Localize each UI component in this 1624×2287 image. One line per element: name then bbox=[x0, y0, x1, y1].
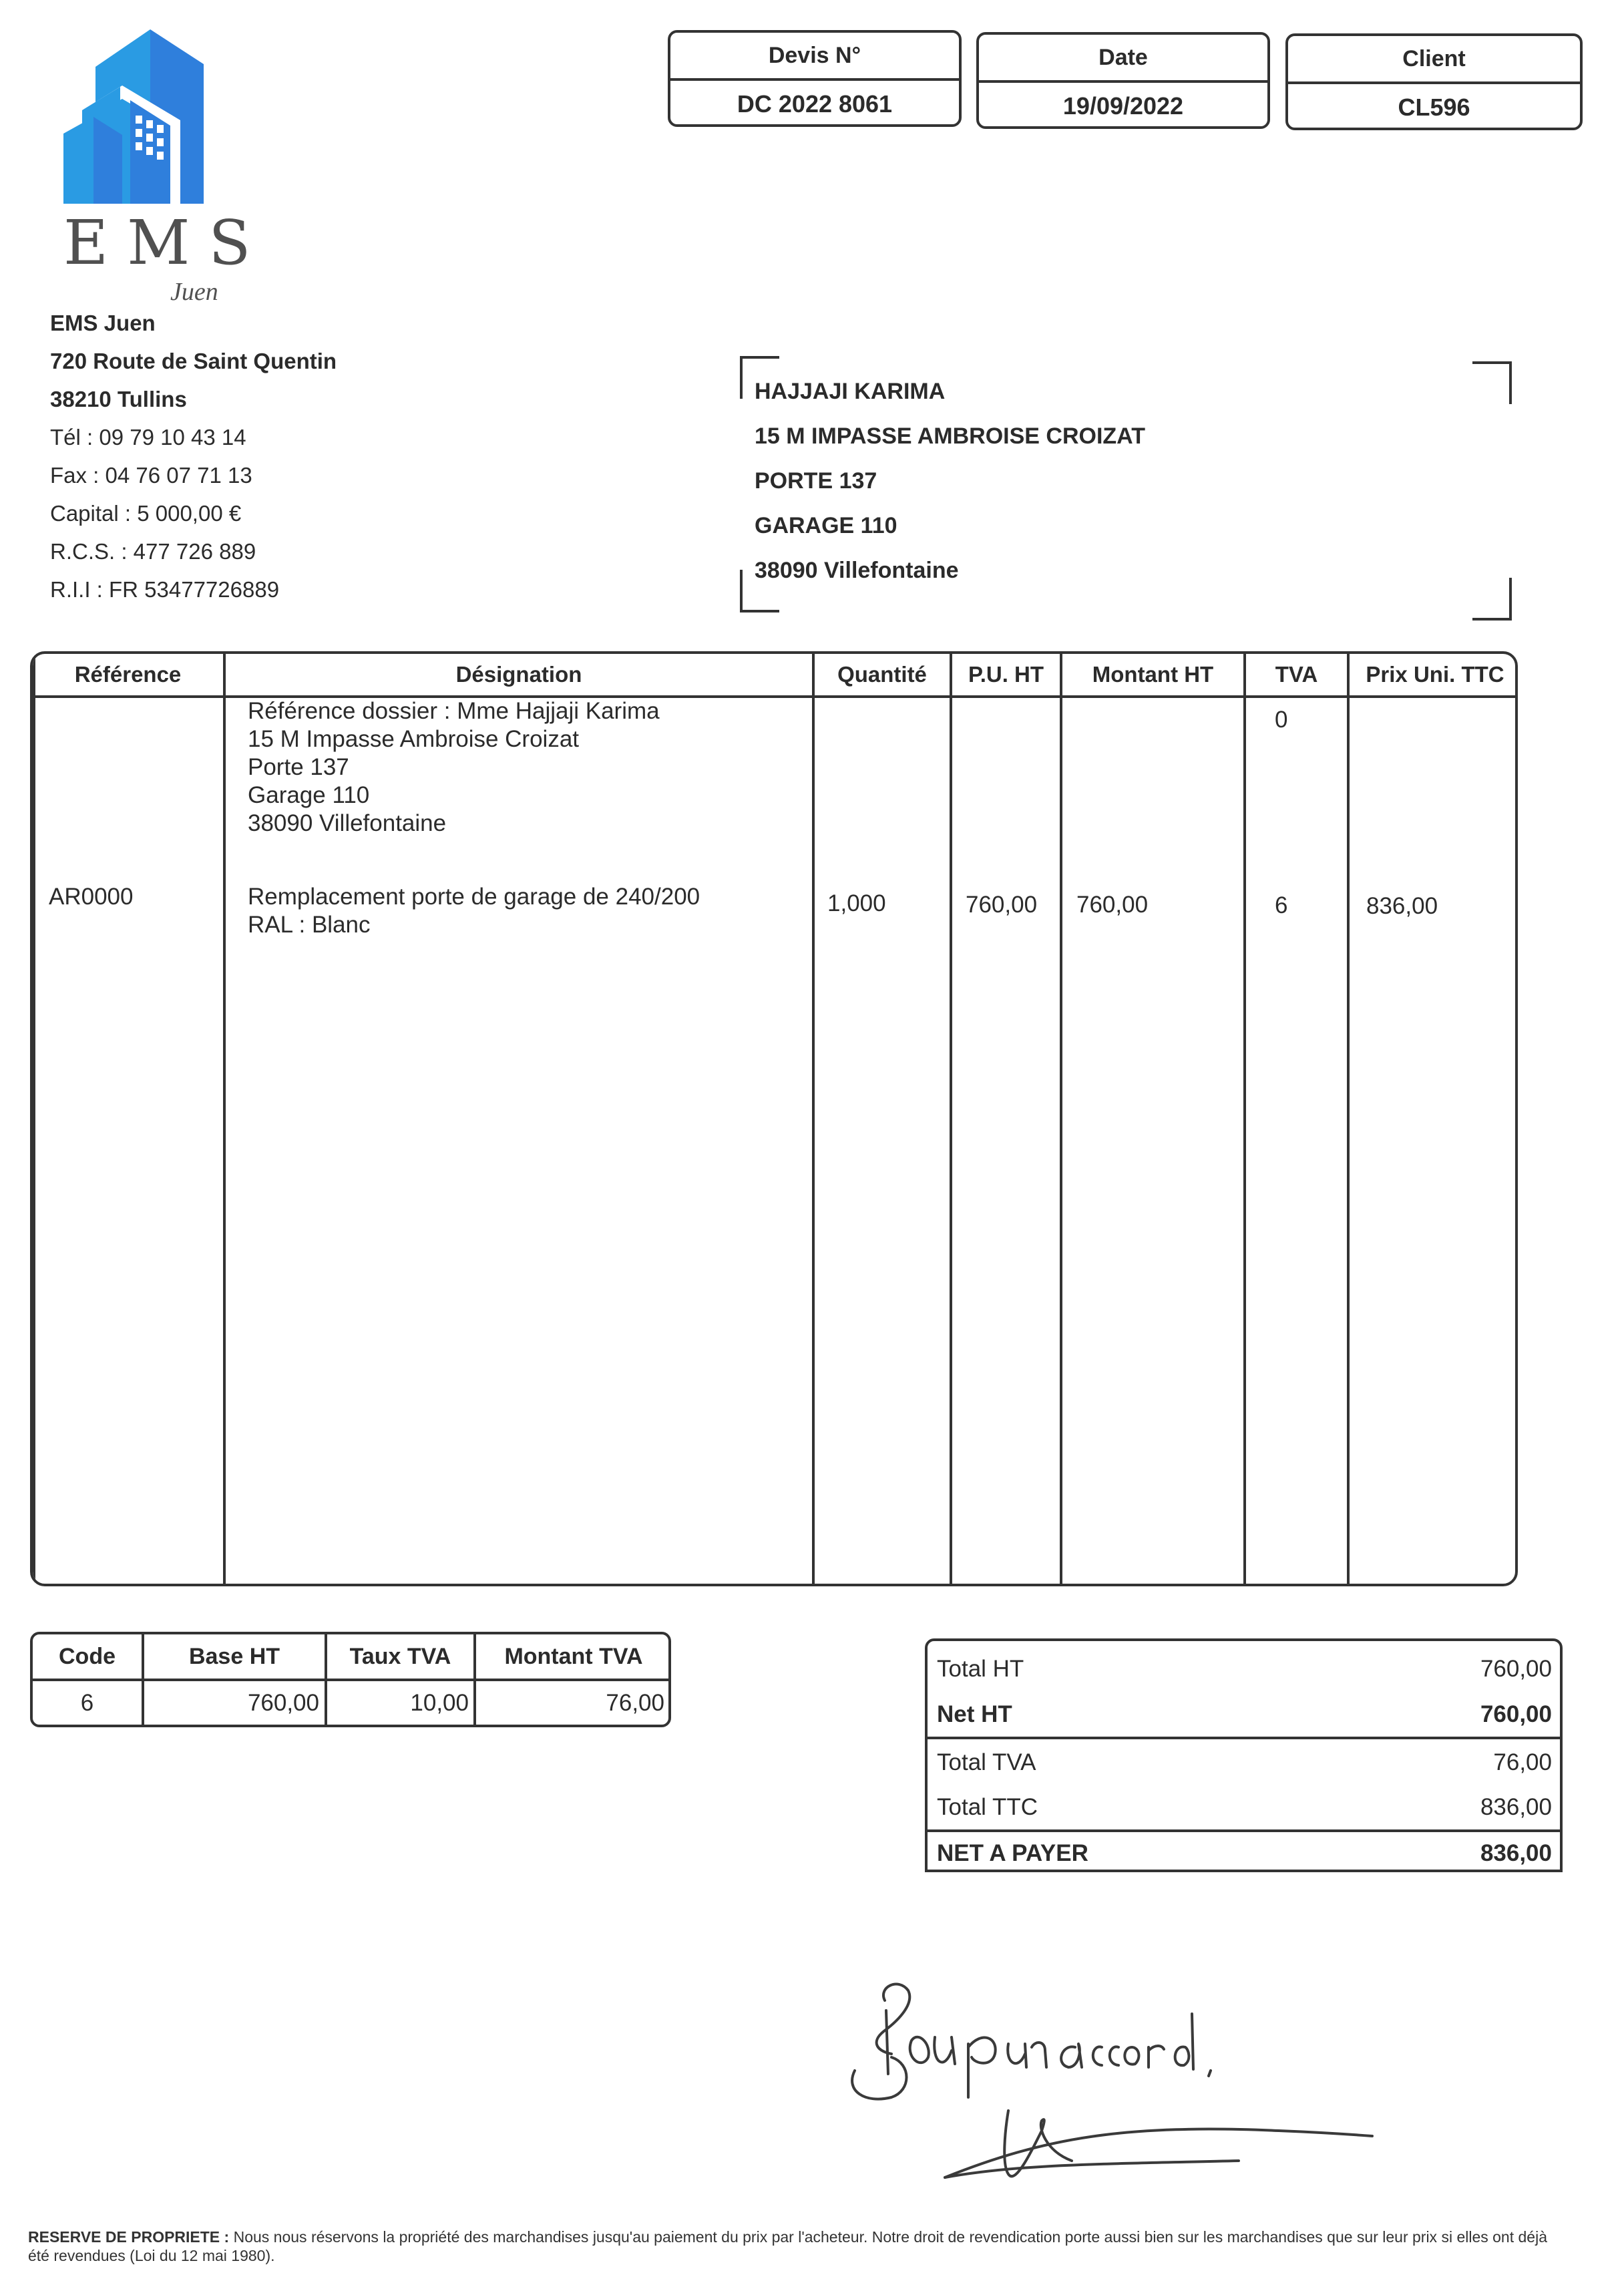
company-rii: R.I.I : FR 53477726889 bbox=[50, 570, 337, 608]
designation-line: RAL : Blanc bbox=[248, 911, 700, 939]
total-tva-value: 76,00 bbox=[1493, 1749, 1552, 1776]
vat-montant: 76,00 bbox=[476, 1681, 664, 1725]
total-ht-row: Total HT 760,00 bbox=[937, 1646, 1552, 1692]
footer-text: Nous nous réservons la propriété des mar… bbox=[28, 2228, 1547, 2264]
designation-line: 38090 Villefontaine bbox=[248, 810, 660, 838]
quote-number-box: Devis N° DC 2022 8061 bbox=[668, 30, 962, 127]
company-info: EMS Juen 720 Route de Saint Quentin 3821… bbox=[50, 304, 337, 608]
vat-col-montant: Montant TVA bbox=[476, 1634, 671, 1679]
totals-box: Total HT 760,00 Net HT 760,00 Total TVA … bbox=[925, 1638, 1563, 1872]
info-tva: 0 bbox=[1275, 706, 1287, 734]
company-address-line2: 38210 Tullins bbox=[50, 380, 337, 418]
col-header-pu-ht: P.U. HT bbox=[952, 654, 1060, 695]
col-header-quantite: Quantité bbox=[815, 654, 950, 695]
items-table: Référence Désignation Quantité P.U. HT M… bbox=[30, 651, 1518, 1586]
col-header-designation: Désignation bbox=[226, 654, 812, 695]
date-label: Date bbox=[979, 35, 1267, 83]
logo-text: EMS bbox=[63, 207, 244, 279]
item-tva: 6 bbox=[1275, 892, 1287, 920]
footer-legal-notice: RESERVE DE PROPRIETE : Nous nous réservo… bbox=[28, 2228, 1564, 2265]
address-corner-top-right bbox=[1472, 361, 1512, 404]
vat-base-ht: 760,00 bbox=[144, 1681, 319, 1725]
vat-col-code: Code bbox=[33, 1634, 142, 1679]
vat-col-taux: Taux TVA bbox=[327, 1634, 473, 1679]
client-address-line2: PORTE 137 bbox=[755, 459, 1145, 504]
date-value: 19/09/2022 bbox=[979, 83, 1267, 129]
total-ht-value: 760,00 bbox=[1480, 1656, 1552, 1683]
col-header-prix-ttc: Prix Uni. TTC bbox=[1350, 654, 1518, 695]
net-a-payer-value: 836,00 bbox=[1480, 1840, 1552, 1867]
footer-title: RESERVE DE PROPRIETE : bbox=[28, 2228, 229, 2246]
logo-subtext: Juen bbox=[170, 277, 218, 307]
client-address-line3: GARAGE 110 bbox=[755, 504, 1145, 548]
quote-number-label: Devis N° bbox=[670, 33, 959, 81]
item-quantite: 1,000 bbox=[827, 890, 886, 918]
total-ttc-value: 836,00 bbox=[1480, 1794, 1552, 1821]
designation-line: Porte 137 bbox=[248, 753, 660, 781]
vat-table: Code Base HT Taux TVA Montant TVA 6 760,… bbox=[30, 1632, 671, 1727]
item-reference: AR0000 bbox=[49, 883, 133, 911]
total-tva-label: Total TVA bbox=[937, 1749, 1036, 1776]
item-montant-ht: 760,00 bbox=[1076, 891, 1148, 919]
client-name: HAJJAJI KARIMA bbox=[755, 369, 1145, 414]
company-address-line1: 720 Route de Saint Quentin bbox=[50, 342, 337, 380]
net-a-payer-row: NET A PAYER 836,00 bbox=[937, 1831, 1552, 1876]
total-tva-row: Total TVA 76,00 bbox=[937, 1740, 1552, 1785]
company-name: EMS Juen bbox=[50, 304, 337, 342]
total-ht-label: Total HT bbox=[937, 1656, 1024, 1683]
company-phone: Tél : 09 79 10 43 14 bbox=[50, 418, 337, 456]
client-address: HAJJAJI KARIMA 15 M IMPASSE AMBROISE CRO… bbox=[755, 369, 1145, 593]
signature-icon bbox=[845, 1964, 1546, 2191]
item-prix-ttc: 836,00 bbox=[1366, 892, 1438, 920]
info-designation: Référence dossier : Mme Hajjaji Karima 1… bbox=[248, 697, 660, 838]
total-ttc-label: Total TTC bbox=[937, 1794, 1038, 1821]
date-box: Date 19/09/2022 bbox=[976, 32, 1270, 129]
item-designation: Remplacement porte de garage de 240/200 … bbox=[248, 883, 700, 939]
address-corner-bottom-right bbox=[1472, 578, 1512, 621]
buildings-icon bbox=[63, 27, 244, 207]
company-rcs: R.C.S. : 477 726 889 bbox=[50, 532, 337, 570]
net-ht-row: Net HT 760,00 bbox=[937, 1692, 1552, 1737]
vat-col-base-ht: Base HT bbox=[144, 1634, 325, 1679]
designation-line: 15 M Impasse Ambroise Croizat bbox=[248, 725, 660, 753]
client-code-box: Client CL596 bbox=[1285, 33, 1583, 130]
designation-line: Référence dossier : Mme Hajjaji Karima bbox=[248, 697, 660, 725]
item-pu-ht: 760,00 bbox=[966, 891, 1037, 919]
net-ht-label: Net HT bbox=[937, 1701, 1012, 1728]
client-code-label: Client bbox=[1288, 36, 1580, 84]
designation-line: Remplacement porte de garage de 240/200 bbox=[248, 883, 700, 911]
net-ht-value: 760,00 bbox=[1480, 1701, 1552, 1728]
col-header-reference: Référence bbox=[33, 654, 223, 695]
total-ttc-row: Total TTC 836,00 bbox=[937, 1785, 1552, 1830]
col-header-tva: TVA bbox=[1246, 654, 1347, 695]
vat-code: 6 bbox=[33, 1681, 142, 1725]
vat-taux: 10,00 bbox=[327, 1681, 469, 1725]
net-a-payer-label: NET A PAYER bbox=[937, 1840, 1088, 1867]
company-capital: Capital : 5 000,00 € bbox=[50, 494, 337, 532]
col-header-montant-ht: Montant HT bbox=[1062, 654, 1243, 695]
designation-line: Garage 110 bbox=[248, 781, 660, 810]
client-code-value: CL596 bbox=[1288, 84, 1580, 130]
company-fax: Fax : 04 76 07 71 13 bbox=[50, 456, 337, 494]
client-address-line4: 38090 Villefontaine bbox=[755, 548, 1145, 593]
company-logo: EMS Juen bbox=[63, 27, 244, 281]
quote-number-value: DC 2022 8061 bbox=[670, 81, 959, 127]
client-address-line1: 15 M IMPASSE AMBROISE CROIZAT bbox=[755, 414, 1145, 459]
handwritten-approval bbox=[845, 1964, 1546, 2191]
